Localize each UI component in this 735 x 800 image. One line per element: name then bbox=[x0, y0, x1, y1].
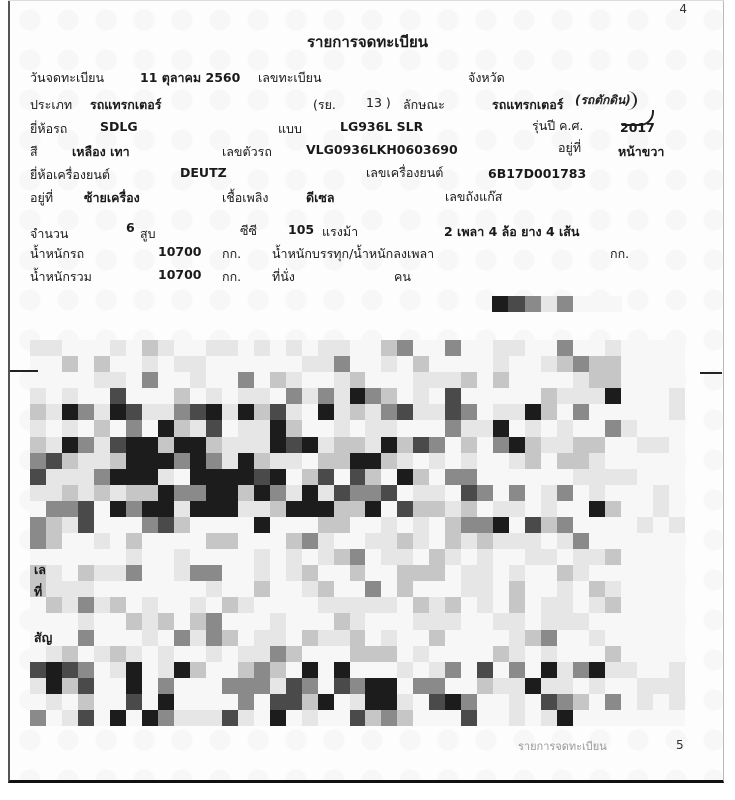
model-year-label: รุ่นปี ค.ศ. bbox=[532, 116, 583, 136]
vehicle-weight-value: 10700 bbox=[158, 244, 202, 259]
reg-date-label: วันจดทะเบียน bbox=[30, 68, 104, 88]
seats-unit: คน bbox=[394, 267, 411, 287]
footer-faint-text: รายการจดทะเบียน bbox=[518, 737, 607, 755]
color-label: สี bbox=[30, 142, 38, 162]
engine-location-value: ซ้ายเครื่อง bbox=[84, 188, 140, 208]
engine-brand-value: DEUTZ bbox=[180, 165, 227, 180]
page-title: รายการจดทะเบียน bbox=[0, 30, 735, 54]
engine-no-label: เลขเครื่องยนต์ bbox=[366, 163, 443, 183]
engine-location-label: อยู่ที่ bbox=[30, 188, 53, 208]
load-weight-label: น้ำหนักบรรทุก/น้ำหนักลงเพลา bbox=[272, 244, 434, 264]
top-edge bbox=[8, 0, 724, 1]
model-label: แบบ bbox=[278, 119, 302, 139]
engine-brand-label: ยี่ห้อเครื่องยนต์ bbox=[30, 165, 110, 185]
brand-label: ยี่ห้อรถ bbox=[30, 119, 67, 139]
reg-no-label: เลขทะเบียน bbox=[258, 68, 322, 88]
total-weight-value: 10700 bbox=[158, 267, 202, 282]
model-value: LG936L SLR bbox=[340, 119, 423, 134]
fuel-label: เชื้อเพลิง bbox=[222, 188, 269, 208]
chassis-location-value: หน้าขวา bbox=[618, 142, 664, 162]
fuel-value: ดีเซล bbox=[306, 188, 335, 208]
fold-mark-right bbox=[700, 372, 722, 374]
redacted-mosaic-small bbox=[492, 296, 622, 312]
redacted-stub-2: ที่ bbox=[34, 582, 42, 602]
seats-label: ที่นั่ง bbox=[272, 267, 295, 287]
redacted-stub-3: สัญ bbox=[34, 628, 52, 648]
cylinders-unit: สูบ bbox=[140, 224, 156, 244]
brand-value: SDLG bbox=[100, 119, 138, 134]
page-number-top: 4 bbox=[679, 2, 687, 16]
cylinders-label: จำนวน bbox=[30, 224, 68, 244]
reg-date-value: 11 ตุลาคม 2560 bbox=[140, 68, 240, 88]
cylinders-value: 6 bbox=[126, 220, 135, 235]
page-number-bottom: 5 bbox=[676, 738, 684, 752]
hp-value: 105 bbox=[288, 222, 314, 237]
hp-unit: แรงม้า bbox=[322, 222, 358, 242]
type-label: ประเภท bbox=[30, 95, 72, 115]
chassis-label: เลขตัวรถ bbox=[222, 142, 272, 162]
character-value: รถแทรกเตอร์ bbox=[492, 95, 563, 115]
redacted-stub-1: เล bbox=[34, 560, 46, 580]
code-value: 13 ) bbox=[366, 95, 391, 110]
chassis-value: VLG0936LKH0603690 bbox=[306, 142, 458, 157]
province-label: จังหวัด bbox=[468, 68, 505, 88]
vehicle-weight-label: น้ำหนักรถ bbox=[30, 244, 84, 264]
chassis-location-label: อยู่ที่ bbox=[558, 138, 581, 158]
handwritten-note: (รถตักดิน) bbox=[575, 91, 637, 110]
code-open: (รย. bbox=[313, 95, 336, 115]
axles-wheels-tires: 2 เพลา 4 ล้อ ยาง 4 เส้น bbox=[444, 222, 579, 242]
redacted-mosaic-main bbox=[30, 340, 685, 726]
gas-tank-label: เลขถังแก๊ส bbox=[445, 187, 502, 207]
vehicle-weight-unit: กก. bbox=[222, 244, 241, 264]
load-weight-unit: กก. bbox=[610, 244, 629, 264]
engine-no-value: 6B17D001783 bbox=[488, 166, 586, 181]
total-weight-label: น้ำหนักรวม bbox=[30, 267, 92, 287]
character-label: ลักษณะ bbox=[403, 95, 445, 115]
color-value: เหลือง เทา bbox=[72, 142, 130, 162]
total-weight-unit: กก. bbox=[222, 267, 241, 287]
fold-mark-left bbox=[10, 370, 38, 372]
cc-label: ซีซี bbox=[240, 221, 257, 241]
model-year-value: 2017 bbox=[620, 120, 655, 135]
type-value: รถแทรกเตอร์ bbox=[90, 95, 161, 115]
